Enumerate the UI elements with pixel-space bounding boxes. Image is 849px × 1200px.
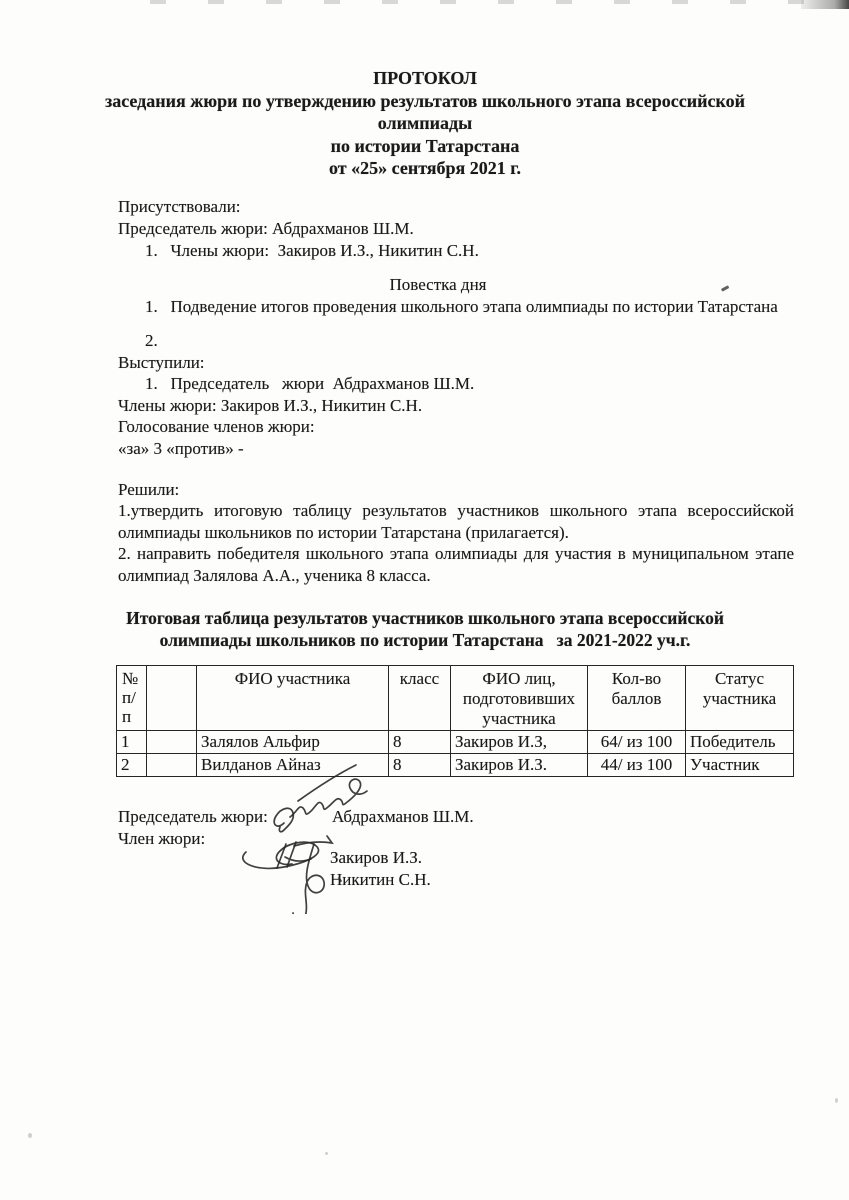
cell-participant: Залялов Альфир xyxy=(197,731,389,754)
speeches-vote-result: «за» 3 «против» - xyxy=(118,438,244,460)
cell-empty xyxy=(147,754,197,777)
decision-item-1: 1.утвердить итоговую таблицу результатов… xyxy=(118,500,794,543)
header-cell-participant: ФИО участника xyxy=(197,666,389,731)
header-cell-num: № п/п xyxy=(117,666,147,731)
scanned-protocol-document: ПРОТОКОЛ заседания жюри по утверждению р… xyxy=(0,0,849,1200)
cell-num: 2 xyxy=(117,754,147,777)
agenda-heading: Повестка дня xyxy=(118,274,758,296)
results-table-title-line: олимпиады школьников по истории Татарста… xyxy=(75,629,775,651)
results-table-header-row: № п/п ФИО участника класс ФИО лиц, подго… xyxy=(117,666,794,731)
speeches-voting: Голосование членов жюри: xyxy=(118,416,315,438)
cell-preparer: Закиров И.З, xyxy=(451,731,588,754)
cell-score: 44/ из 100 xyxy=(588,754,686,777)
scan-artifact-speck xyxy=(325,1152,328,1155)
cell-empty xyxy=(147,731,197,754)
title-line: олимпиады xyxy=(70,112,780,135)
title-line: по истории Татарстана xyxy=(70,135,780,158)
header-cell-class: класс xyxy=(389,666,451,731)
decision-item-2: 2. направить победителя школьного этапа … xyxy=(118,543,794,586)
scan-artifact-speck xyxy=(28,1133,32,1138)
cell-preparer: Закиров И.З. xyxy=(451,754,588,777)
scan-artifact-corner xyxy=(801,0,849,9)
document-title: ПРОТОКОЛ заседания жюри по утверждению р… xyxy=(70,67,780,180)
agenda-item-1: 1. Подведение итогов проведения школьног… xyxy=(145,296,778,318)
attendees-chairman: Председатель жюри: Абдрахманов Ш.М. xyxy=(118,218,414,240)
attendees-members: 1. Члены жюри: Закиров И.З., Никитин С.Н… xyxy=(145,240,479,262)
attendees-heading: Присутствовали: xyxy=(118,196,241,218)
table-row: 1 Залялов Альфир 8 Закиров И.З, 64/ из 1… xyxy=(117,731,794,754)
cell-status: Участник xyxy=(686,754,794,777)
decisions-body: 1.утвердить итоговую таблицу результатов… xyxy=(118,500,794,586)
results-table-title: Итоговая таблица результатов участников … xyxy=(75,607,775,652)
header-cell-score: Кол-во баллов xyxy=(588,666,686,731)
cell-num: 1 xyxy=(117,731,147,754)
results-table-title-line: Итоговая таблица результатов участников … xyxy=(75,607,775,629)
title-line: от «25» сентября 2021 г. xyxy=(70,157,780,180)
cell-class: 8 xyxy=(389,754,451,777)
speeches-members: Члены жюри: Закиров И.З., Никитин С.Н. xyxy=(118,395,422,417)
header-cell-empty xyxy=(147,666,197,731)
speeches-item-1: 1. Председатель жюри Абдрахманов Ш.М. xyxy=(145,373,474,395)
table-row: 2 Вилданов Айназ 8 Закиров И.З. 44/ из 1… xyxy=(117,754,794,777)
header-cell-preparer: ФИО лиц, подготовивших участника xyxy=(451,666,588,731)
scan-artifact-speck xyxy=(835,1098,838,1103)
cell-status: Победитель xyxy=(686,731,794,754)
results-table: № п/п ФИО участника класс ФИО лиц, подго… xyxy=(116,665,794,777)
cell-class: 8 xyxy=(389,731,451,754)
member-signature-label: Член жюри: xyxy=(118,828,205,850)
agenda-item-2: 2. xyxy=(145,330,158,352)
member-signature-icon xyxy=(236,822,360,914)
scan-artifact-top-edge xyxy=(150,0,810,4)
speeches-heading: Выступили: xyxy=(118,352,205,374)
title-line: заседания жюри по утверждению результато… xyxy=(70,90,780,113)
decisions-heading: Решили: xyxy=(118,479,179,501)
title-line: ПРОТОКОЛ xyxy=(70,67,780,90)
header-cell-status: Статус участника xyxy=(686,666,794,731)
cell-score: 64/ из 100 xyxy=(588,731,686,754)
